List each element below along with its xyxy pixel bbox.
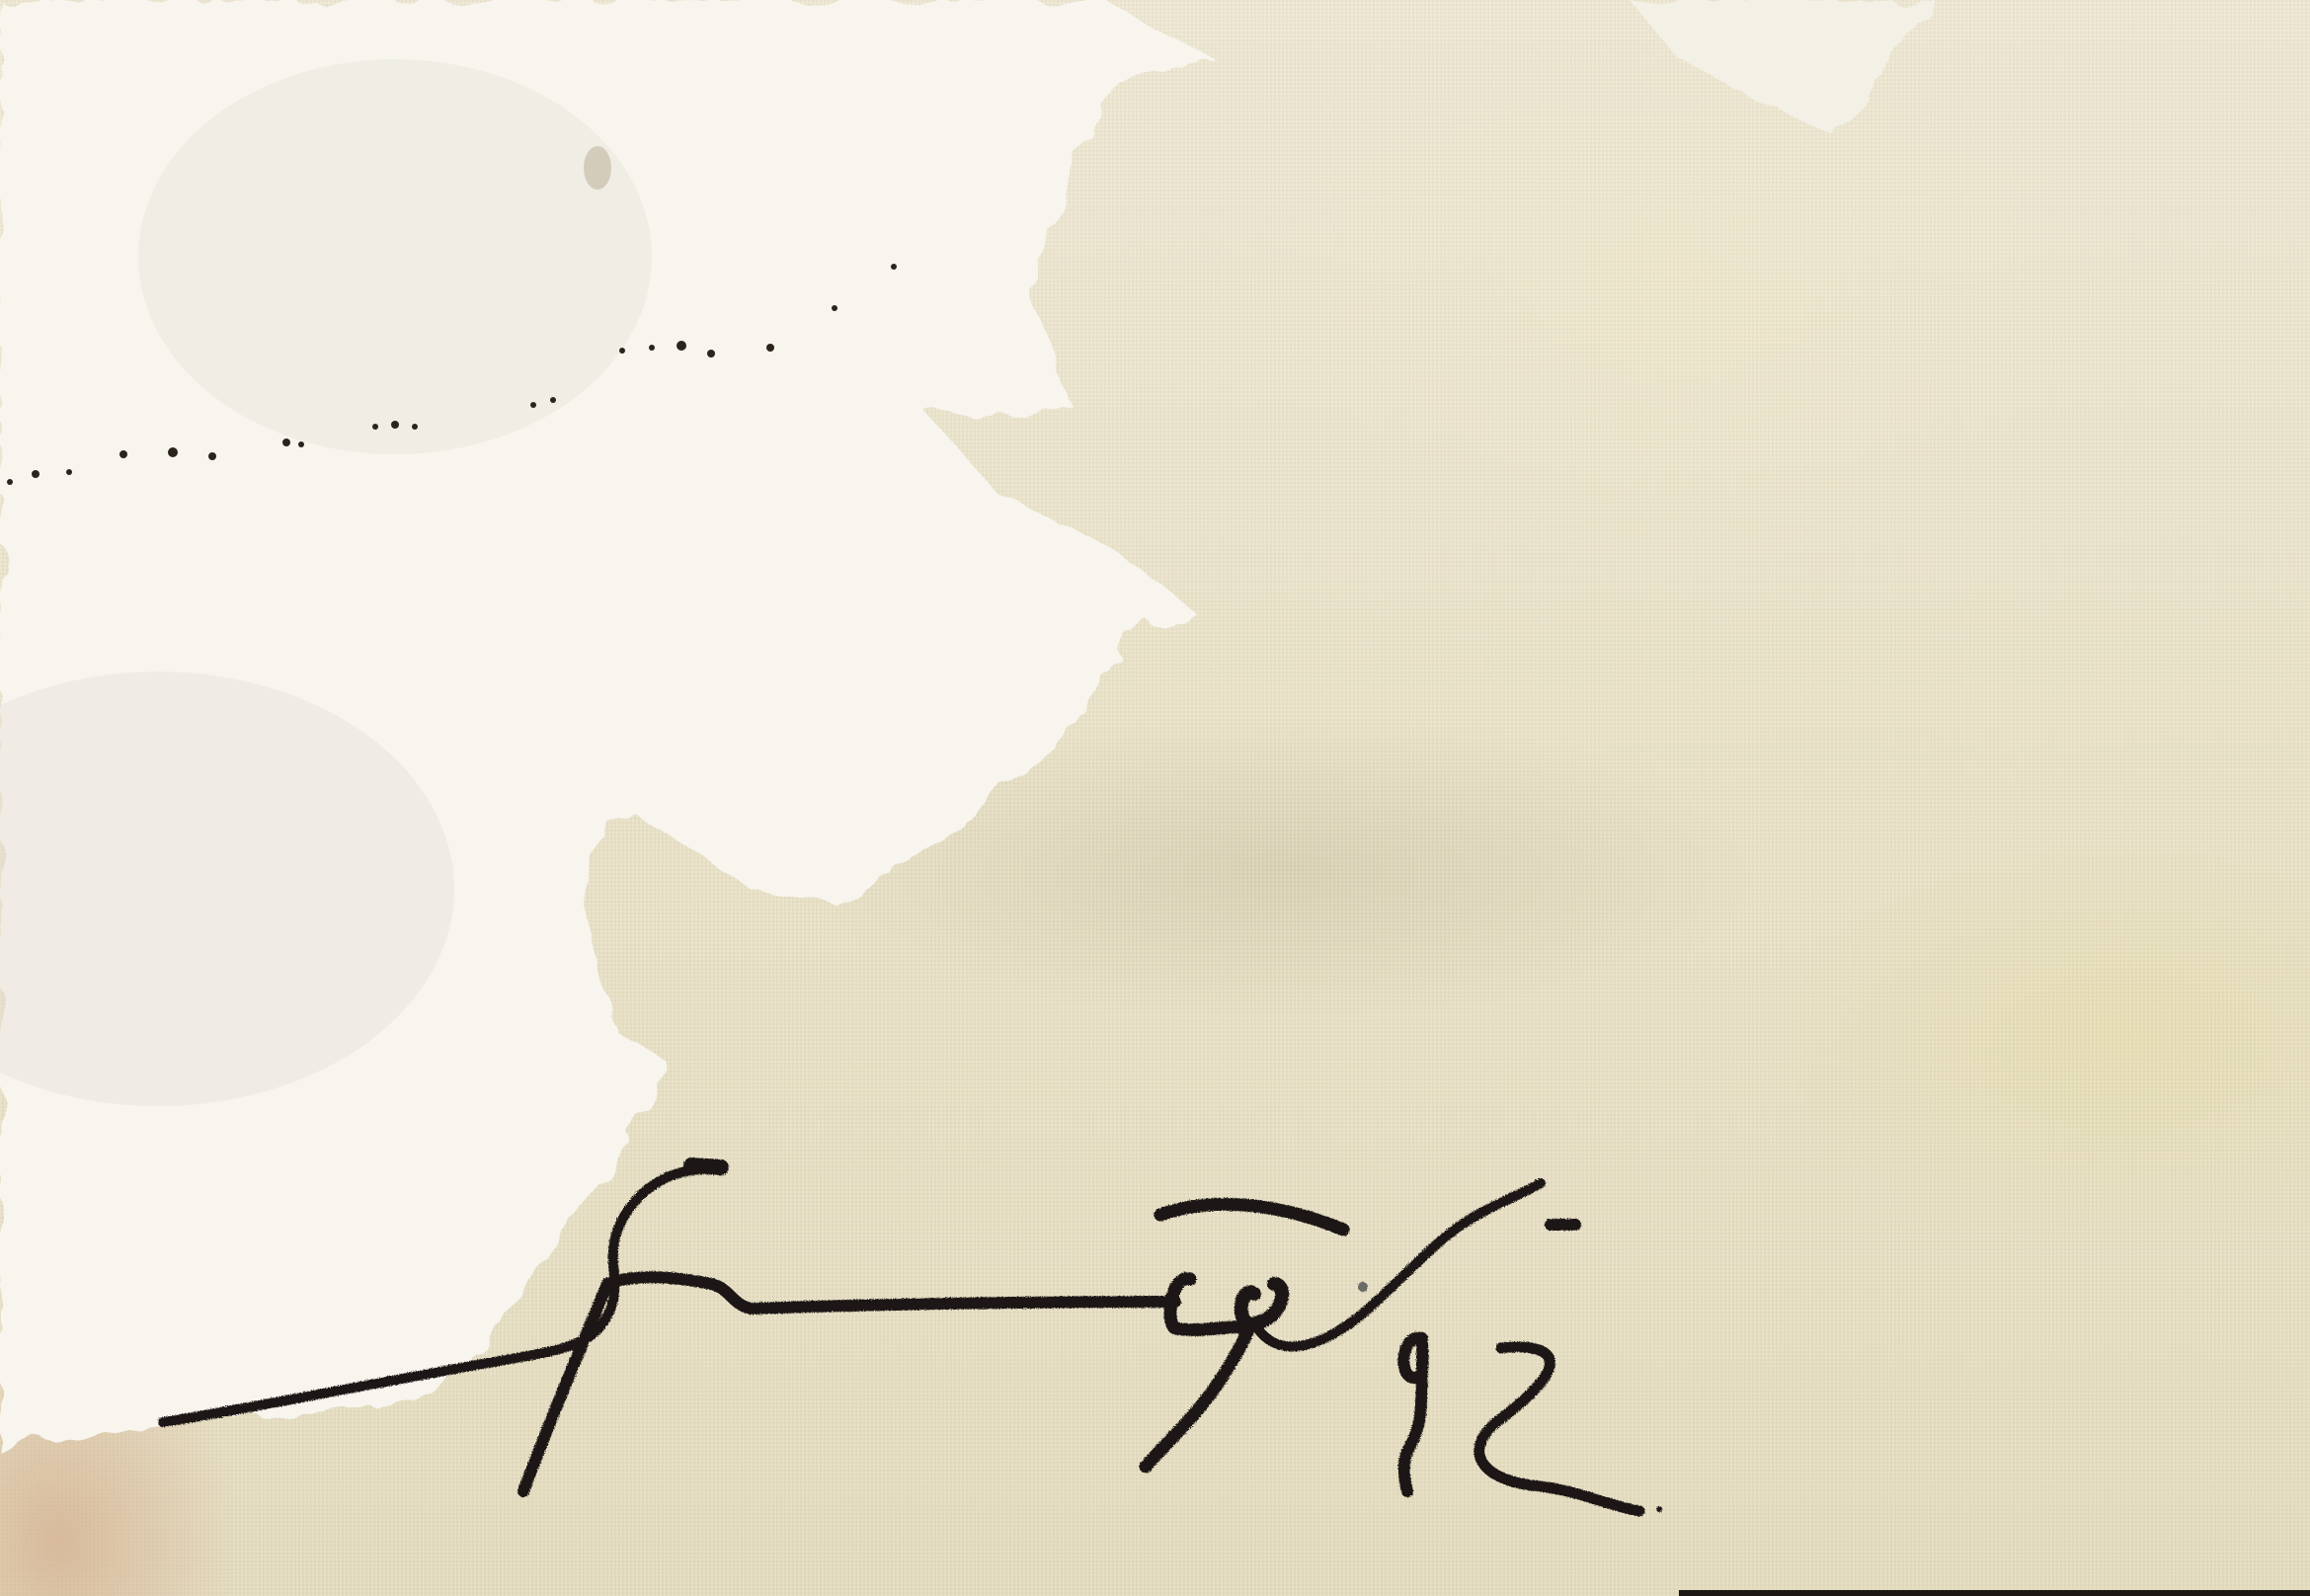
paint-and-signature: [0, 0, 2310, 1596]
frame-edge: [1679, 1590, 2310, 1596]
paint-shadow: [138, 59, 652, 454]
painting-photo: Sprüger 92: [0, 0, 2310, 1596]
paint-pit: [584, 146, 611, 190]
